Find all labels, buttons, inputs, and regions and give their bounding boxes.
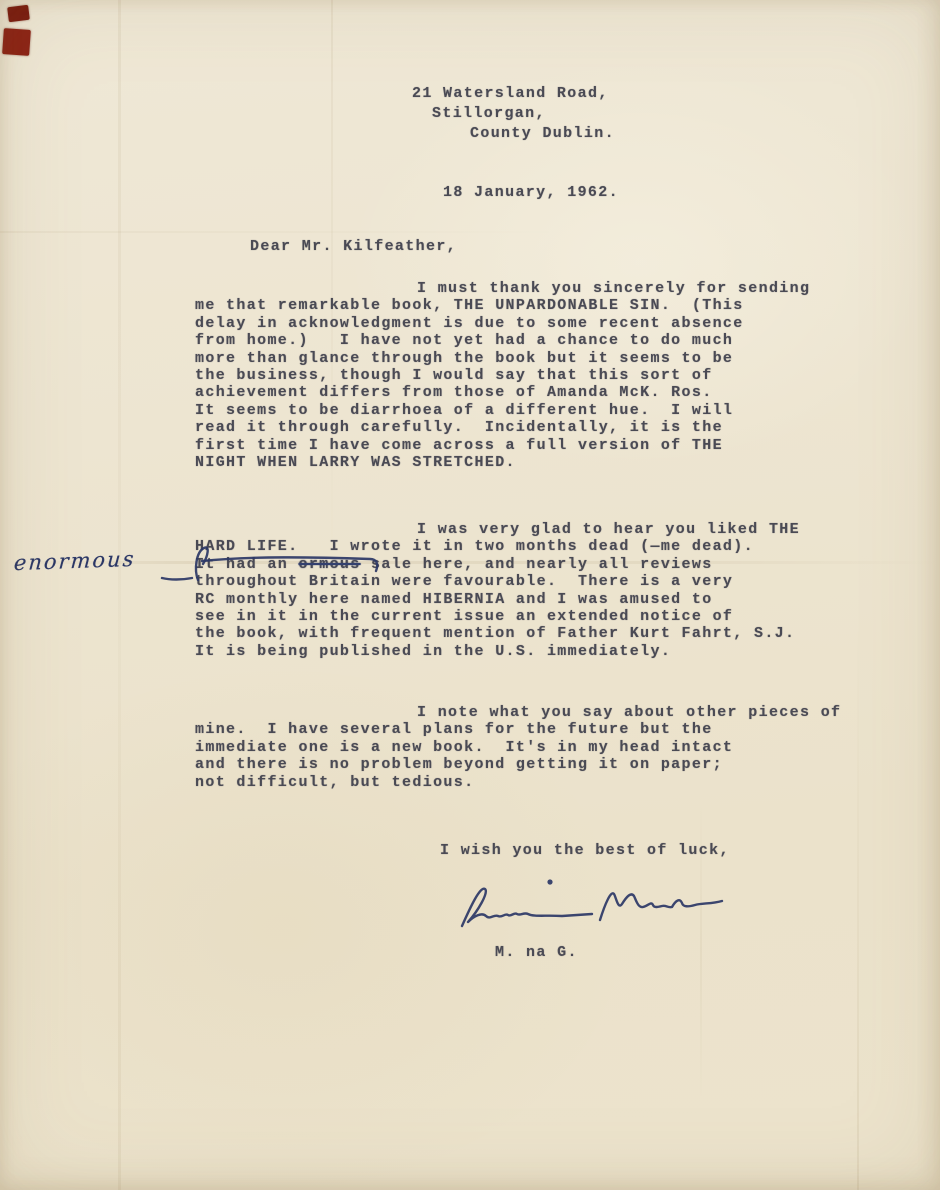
struck-line-text: It had an (195, 556, 299, 573)
address-line: County Dublin. (412, 124, 615, 144)
letter-line: It seems to be diarrhoea of a different … (195, 402, 810, 419)
struck-line-text: sale here, and nearly all reviews (361, 556, 713, 573)
letter-line: the business, though I would say that th… (195, 367, 810, 384)
letter-line: HARD LIFE. I wrote it in two months dead… (195, 538, 800, 555)
letter-line: I note what you say about other pieces o… (195, 704, 841, 721)
address-line: 21 Watersland Road, (412, 84, 615, 104)
letter-line: throughout Britain were favourable. Ther… (195, 573, 800, 590)
letter-line: and there is no problem beyond getting i… (195, 756, 841, 773)
corner-mark (2, 28, 31, 56)
letter-line: achievement differs from those of Amanda… (195, 384, 810, 401)
date-line: 18 January, 1962. (443, 184, 619, 201)
closing-line: I wish you the best of luck, (440, 842, 730, 859)
pen-stroke (162, 578, 192, 580)
salutation: Dear Mr. Kilfeather, (250, 238, 457, 255)
paragraph-3: I note what you say about other pieces o… (195, 704, 841, 791)
letter-line: RC monthly here named HIBERNIA and I was… (195, 591, 800, 608)
letter-line: the book, with frequent mention of Fathe… (195, 625, 800, 642)
letter-line: It is being published in the U.S. immedi… (195, 643, 800, 660)
sender-address: 21 Watersland Road, Stillorgan, County D… (412, 84, 615, 144)
letter-line: not difficult, but tedious. (195, 774, 841, 791)
letter-line: from home.) I have not yet had a chance … (195, 332, 810, 349)
signature-stroke (462, 889, 592, 926)
fold-crease (0, 231, 564, 233)
letter-line: I must thank you sincerely for sending (195, 280, 810, 297)
letter-line: immediate one is a new book. It's in my … (195, 739, 841, 756)
letter-line: NIGHT WHEN LARRY WAS STRETCHED. (195, 454, 810, 471)
typed-initials: M. na G. (495, 944, 578, 961)
signature-stroke (600, 893, 722, 920)
letter-line: see in it in the current issue an extend… (195, 608, 800, 625)
signature-i-dot (547, 879, 552, 884)
letter-line: delay in acknowledgment is due to some r… (195, 315, 810, 332)
letter-line: me that remarkable book, THE UNPARDONABL… (195, 297, 810, 314)
address-line: Stillorgan, (412, 104, 615, 124)
paragraph-1: I must thank you sincerely for sendingme… (195, 280, 810, 471)
letter-line: read it through carefully. Incidentally,… (195, 419, 810, 436)
letter-page: 21 Watersland Road, Stillorgan, County D… (0, 0, 940, 1190)
fold-crease (118, 0, 121, 1190)
paragraph-2: I was very glad to hear you liked THEHAR… (195, 521, 800, 660)
paragraph-2-lines: I was very glad to hear you liked THEHAR… (195, 521, 800, 556)
corner-mark (7, 5, 30, 22)
fold-crease (857, 620, 859, 1190)
struck-line: It had an ormous sale here, and nearly a… (195, 556, 800, 573)
letter-line: first time I have come across a full ver… (195, 437, 810, 454)
signature-handwriting (450, 866, 740, 948)
margin-annotation-handwriting: enormous (13, 547, 136, 575)
letter-line: I was very glad to hear you liked THE (195, 521, 800, 538)
struck-word: ormous (299, 556, 361, 573)
letter-line: more than glance through the book but it… (195, 350, 810, 367)
paragraph-2-lines: throughout Britain were favourable. Ther… (195, 573, 800, 660)
letter-line: mine. I have several plans for the futur… (195, 721, 841, 738)
